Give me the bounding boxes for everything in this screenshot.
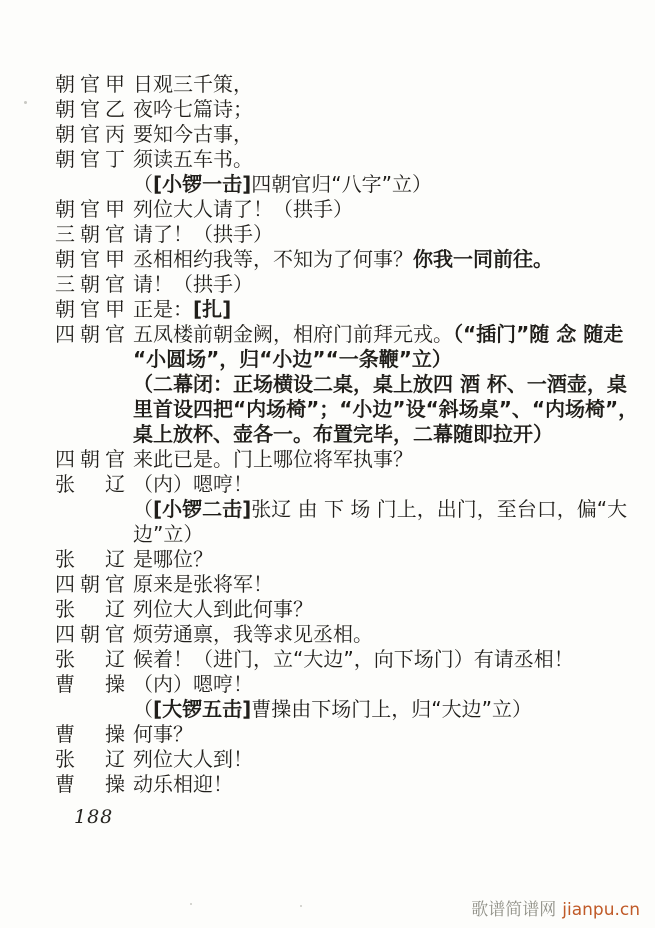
script-line: 列位大人到此何事？ bbox=[133, 597, 313, 622]
script-line: 何事？ bbox=[133, 722, 193, 747]
script-line: 正是：[扎] bbox=[133, 297, 231, 322]
line-text: （内）嗯哼！ bbox=[133, 672, 253, 697]
line-text: 何事？ bbox=[133, 722, 193, 747]
stage-direction-row: （[小锣二击]张辽 由 下 场 门上，出门，至台口，偏“大边”立） bbox=[55, 497, 638, 547]
script-line: （[小锣一击]四朝官归“八字”立） bbox=[133, 172, 432, 197]
dialogue-row: 朝官甲丞相相约我等，不知为了何事？你我一同前往。 bbox=[55, 247, 638, 272]
script-line: 桌上放杯、壶各一。布置完毕，二幕随即拉开） bbox=[133, 422, 638, 447]
scan-speck bbox=[24, 101, 27, 104]
speaker-name bbox=[55, 697, 125, 722]
dialogue-row: 张 辽候着！（进门，立“大边”，向下场门）有请丞相！ bbox=[55, 647, 638, 672]
script-line: （[大锣五击]曹操由下场门上，归“大边”立） bbox=[133, 697, 532, 722]
speaker-name: 曹 操 bbox=[55, 672, 125, 697]
script-line: 日观三千策， bbox=[133, 72, 253, 97]
script-line: 夜吟七篇诗； bbox=[133, 97, 253, 122]
dialogue-row: 朝官乙夜吟七篇诗； bbox=[55, 97, 638, 122]
speaker-name: 朝官丙 bbox=[55, 122, 125, 147]
script-line: 是哪位？ bbox=[133, 547, 213, 572]
watermark-site-name: 歌谱简谱网 bbox=[471, 900, 556, 920]
line-text: （[小锣一击]四朝官归“八字”立） bbox=[133, 172, 432, 197]
script-line: 来此已是。门上哪位将军执事？ bbox=[133, 447, 413, 472]
dialogue-row: 曹 操（内）嗯哼！ bbox=[55, 672, 638, 697]
line-text: 要知今古事， bbox=[133, 122, 253, 147]
script-line: 要知今古事， bbox=[133, 122, 253, 147]
speaker-name: 张 辽 bbox=[55, 597, 125, 622]
line-text: 原来是张将军！ bbox=[133, 572, 273, 597]
script-line: 请！（拱手） bbox=[133, 272, 253, 297]
speaker-name: 朝官甲 bbox=[55, 197, 125, 222]
line-text: 列位大人请了！（拱手） bbox=[133, 197, 353, 222]
dialogue-row: 四朝官来此已是。门上哪位将军执事？ bbox=[55, 447, 638, 472]
watermark: 歌谱简谱网jianpu.cn bbox=[471, 895, 640, 920]
speaker-name: 张 辽 bbox=[55, 747, 125, 772]
script-line: 动乐相迎！ bbox=[133, 772, 233, 797]
dialogue-row: 张 辽列位大人到此何事？ bbox=[55, 597, 638, 622]
line-text: 夜吟七篇诗； bbox=[133, 97, 253, 122]
dialogue-row: 朝官丁须读五车书。 bbox=[55, 147, 638, 172]
stage-direction-row: （[大锣五击]曹操由下场门上，归“大边”立） bbox=[55, 697, 638, 722]
script-line: 烦劳通禀，我等求见丞相。 bbox=[133, 622, 373, 647]
script-line: （二幕闭：正场横设二桌，桌上放四 酒 杯、一酒壶，桌 bbox=[133, 372, 638, 397]
script-line: （[小锣二击]张辽 由 下 场 门上，出门，至台口，偏“大 bbox=[133, 497, 627, 522]
dialogue-row: 四朝官烦劳通禀，我等求见丞相。 bbox=[55, 622, 638, 647]
script-line: 丞相相约我等，不知为了何事？你我一同前往。 bbox=[133, 247, 553, 272]
line-text: 候着！（进门，立“大边”，向下场门）有请丞相！ bbox=[133, 647, 574, 672]
speaker-name bbox=[55, 497, 125, 522]
dialogue-row: 三朝官请！（拱手） bbox=[55, 272, 638, 297]
dialogue-row: 曹 操何事？ bbox=[55, 722, 638, 747]
speaker-name: 曹 操 bbox=[55, 772, 125, 797]
speaker-name: 三朝官 bbox=[55, 272, 125, 297]
speaker-name: 四朝官 bbox=[55, 622, 125, 647]
script-line: 五凤楼前朝金阙，相府门前拜元戎。（“插门”随 念 随走 bbox=[133, 322, 623, 347]
script-line: 边”立） bbox=[133, 522, 627, 547]
dialogue-row: 张 辽是哪位？ bbox=[55, 547, 638, 572]
script-line: 候着！（进门，立“大边”，向下场门）有请丞相！ bbox=[133, 647, 574, 672]
script-line: 列位大人到！ bbox=[133, 747, 253, 772]
script-body: 朝官甲日观三千策，朝官乙夜吟七篇诗；朝官丙要知今古事，朝官丁须读五车书。（[小锣… bbox=[55, 72, 638, 797]
speaker-name: 三朝官 bbox=[55, 222, 125, 247]
speaker-name: 张 辽 bbox=[55, 647, 125, 672]
speaker-name: 朝官乙 bbox=[55, 97, 125, 122]
line-text: （二幕闭：正场横设二桌，桌上放四 酒 杯、一酒壶，桌里首设四把“内场椅”；“小边… bbox=[133, 372, 638, 447]
speaker-name: 四朝官 bbox=[55, 447, 125, 472]
speaker-name: 张 辽 bbox=[55, 547, 125, 572]
line-text: 丞相相约我等，不知为了何事？你我一同前往。 bbox=[133, 247, 553, 272]
speaker-name: 曹 操 bbox=[55, 722, 125, 747]
dialogue-row: 张 辽列位大人到！ bbox=[55, 747, 638, 772]
speaker-name: 四朝官 bbox=[55, 322, 125, 347]
scan-speck bbox=[190, 903, 192, 905]
dialogue-row: 四朝官原来是张将军！ bbox=[55, 572, 638, 597]
script-line: 须读五车书。 bbox=[133, 147, 253, 172]
script-line: 请了！（拱手） bbox=[133, 222, 273, 247]
line-text: 请！（拱手） bbox=[133, 272, 253, 297]
line-text: 是哪位？ bbox=[133, 547, 213, 572]
watermark-site-url: jianpu.cn bbox=[562, 900, 640, 920]
scan-speck bbox=[300, 905, 302, 907]
speaker-name bbox=[55, 372, 125, 397]
stage-direction-row: （二幕闭：正场横设二桌，桌上放四 酒 杯、一酒壶，桌里首设四把“内场椅”；“小边… bbox=[55, 372, 638, 447]
script-line: （内）嗯哼！ bbox=[133, 672, 253, 697]
speaker-name: 张 辽 bbox=[55, 472, 125, 497]
line-text: 五凤楼前朝金阙，相府门前拜元戎。（“插门”随 念 随走“小圆场”，归“小边”“一… bbox=[133, 322, 623, 372]
line-text: 列位大人到！ bbox=[133, 747, 253, 772]
dialogue-row: 张 辽（内）嗯哼！ bbox=[55, 472, 638, 497]
line-text: 动乐相迎！ bbox=[133, 772, 233, 797]
dialogue-row: 三朝官请了！（拱手） bbox=[55, 222, 638, 247]
line-text: 正是：[扎] bbox=[133, 297, 231, 322]
script-line: 列位大人请了！（拱手） bbox=[133, 197, 353, 222]
line-text: 来此已是。门上哪位将军执事？ bbox=[133, 447, 413, 472]
script-line: 里首设四把“内场椅”；“小边”设“斜场桌”、“内场椅”， bbox=[133, 397, 638, 422]
line-text: 请了！（拱手） bbox=[133, 222, 273, 247]
script-line: 原来是张将军！ bbox=[133, 572, 273, 597]
dialogue-row: 四朝官五凤楼前朝金阙，相府门前拜元戎。（“插门”随 念 随走“小圆场”，归“小边… bbox=[55, 322, 638, 372]
line-text: 烦劳通禀，我等求见丞相。 bbox=[133, 622, 373, 647]
dialogue-row: 朝官甲列位大人请了！（拱手） bbox=[55, 197, 638, 222]
stage-direction-row: （[小锣一击]四朝官归“八字”立） bbox=[55, 172, 638, 197]
speaker-name bbox=[55, 172, 125, 197]
page-number: 188 bbox=[74, 806, 113, 828]
line-text: （内）嗯哼！ bbox=[133, 472, 253, 497]
dialogue-row: 朝官丙要知今古事， bbox=[55, 122, 638, 147]
line-text: 列位大人到此何事？ bbox=[133, 597, 313, 622]
script-line: （内）嗯哼！ bbox=[133, 472, 253, 497]
line-text: 须读五车书。 bbox=[133, 147, 253, 172]
line-text: 日观三千策， bbox=[133, 72, 253, 97]
speaker-name: 朝官甲 bbox=[55, 247, 125, 272]
script-line: “小圆场”，归“小边”“一条鞭”立） bbox=[133, 347, 623, 372]
speaker-name: 朝官甲 bbox=[55, 297, 125, 322]
line-text: （[大锣五击]曹操由下场门上，归“大边”立） bbox=[133, 697, 532, 722]
speaker-name: 四朝官 bbox=[55, 572, 125, 597]
speaker-name: 朝官丁 bbox=[55, 147, 125, 172]
line-text: （[小锣二击]张辽 由 下 场 门上，出门，至台口，偏“大边”立） bbox=[133, 497, 627, 547]
dialogue-row: 朝官甲正是：[扎] bbox=[55, 297, 638, 322]
script-page: 朝官甲日观三千策，朝官乙夜吟七篇诗；朝官丙要知今古事，朝官丁须读五车书。（[小锣… bbox=[0, 0, 655, 928]
dialogue-row: 朝官甲日观三千策， bbox=[55, 72, 638, 97]
speaker-name: 朝官甲 bbox=[55, 72, 125, 97]
dialogue-row: 曹 操动乐相迎！ bbox=[55, 772, 638, 797]
